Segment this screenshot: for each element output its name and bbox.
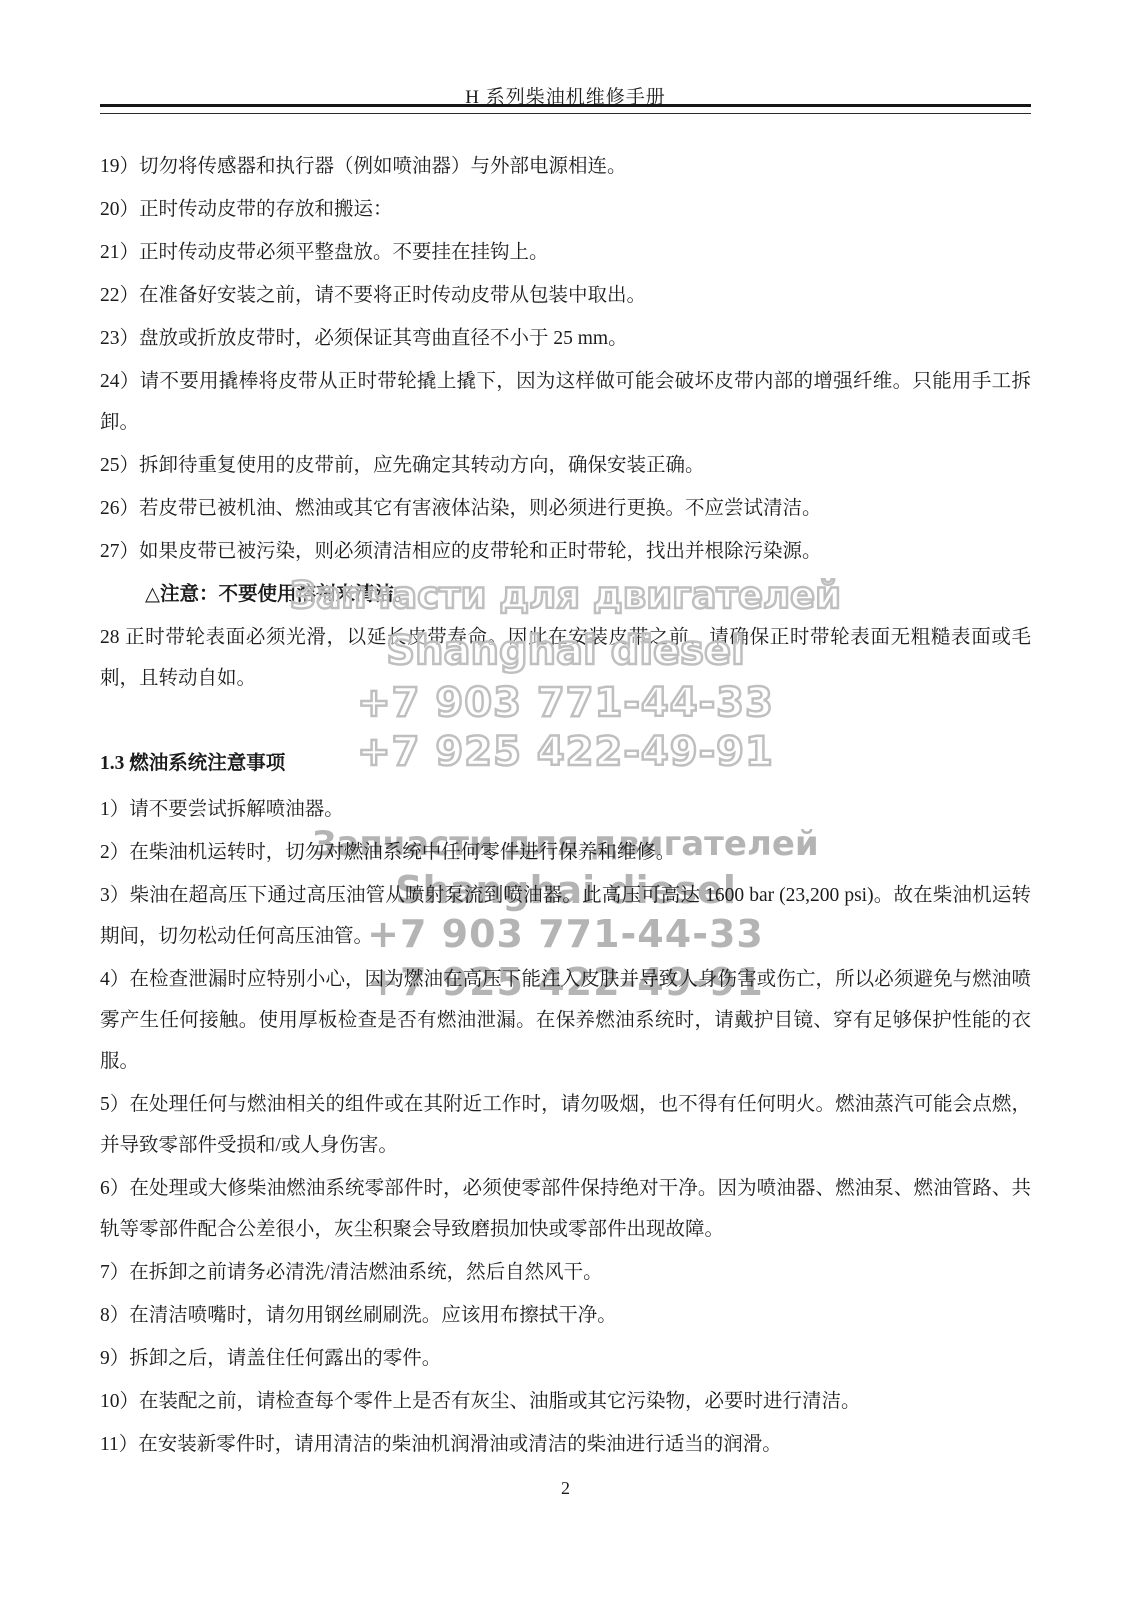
list-item: 21）正时传动皮带必须平整盘放。不要挂在挂钩上。: [100, 232, 1031, 273]
list-item: 23）盘放或折放皮带时，必须保证其弯曲直径不小于 25 mm。: [100, 318, 1031, 359]
list-item: 27）如果皮带已被污染，则必须清洁相应的皮带轮和正时带轮，找出并根除污染源。: [100, 531, 1031, 572]
list-item: 28 正时带轮表面必须光滑，以延长皮带寿命。因此在安装皮带之前，请确保正时带轮表…: [100, 617, 1031, 699]
list-item: 4）在检查泄漏时应特别小心，因为燃油在高压下能注入皮肤并导致人身伤害或伤亡，所以…: [100, 959, 1031, 1082]
list-item: 25）拆卸待重复使用的皮带前，应先确定其转动方向，确保安装正确。: [100, 445, 1031, 486]
header-rule: [100, 104, 1031, 114]
list-item: 19）切勿将传感器和执行器（例如喷油器）与外部电源相连。: [100, 146, 1031, 187]
caution-note: △注意：不要使用溶剂来清洁。: [100, 574, 1031, 615]
manual-page: Запчасти для двигателей Shanghai diesel …: [0, 0, 1131, 1600]
list-item: 11）在安装新零件时，请用清洁的柴油机润滑油或清洁的柴油进行适当的润滑。: [100, 1424, 1031, 1465]
list-item: 20）正时传动皮带的存放和搬运：: [100, 189, 1031, 230]
list-item: 7）在拆卸之前请务必清洗/清洁燃油系统，然后自然风干。: [100, 1252, 1031, 1293]
list-item: 9）拆卸之后，请盖住任何露出的零件。: [100, 1338, 1031, 1379]
list-item: 22）在准备好安装之前，请不要将正时传动皮带从包装中取出。: [100, 275, 1031, 316]
list-item: 1）请不要尝试拆解喷油器。: [100, 789, 1031, 830]
list-item: 3）柴油在超高压下通过高压油管从喷射泵流到喷油器。此高压可高达 1600 bar…: [100, 875, 1031, 957]
list-item: 24）请不要用撬棒将皮带从正时带轮撬上撬下，因为这样做可能会破坏皮带内部的增强纤…: [100, 361, 1031, 443]
list-item: 5）在处理任何与燃油相关的组件或在其附近工作时，请勿吸烟，也不得有任何明火。燃油…: [100, 1084, 1031, 1166]
list-item: 8）在清洁喷嘴时，请勿用钢丝刷刷洗。应该用布擦拭干净。: [100, 1295, 1031, 1336]
document-body: 19）切勿将传感器和执行器（例如喷油器）与外部电源相连。 20）正时传动皮带的存…: [100, 146, 1031, 1467]
list-item: 6）在处理或大修柴油燃油系统零部件时，必须使零部件保持绝对干净。因为喷油器、燃油…: [100, 1168, 1031, 1250]
page-number: 2: [0, 1478, 1131, 1499]
list-item: 2）在柴油机运转时，切勿对燃油系统中任何零件进行保养和维修。: [100, 832, 1031, 873]
section-heading: 1.3 燃油系统注意事项: [100, 743, 1031, 784]
list-item: 26）若皮带已被机油、燃油或其它有害液体沾染，则必须进行更换。不应尝试清洁。: [100, 488, 1031, 529]
list-item: 10）在装配之前，请检查每个零件上是否有灰尘、油脂或其它污染物，必要时进行清洁。: [100, 1381, 1031, 1422]
